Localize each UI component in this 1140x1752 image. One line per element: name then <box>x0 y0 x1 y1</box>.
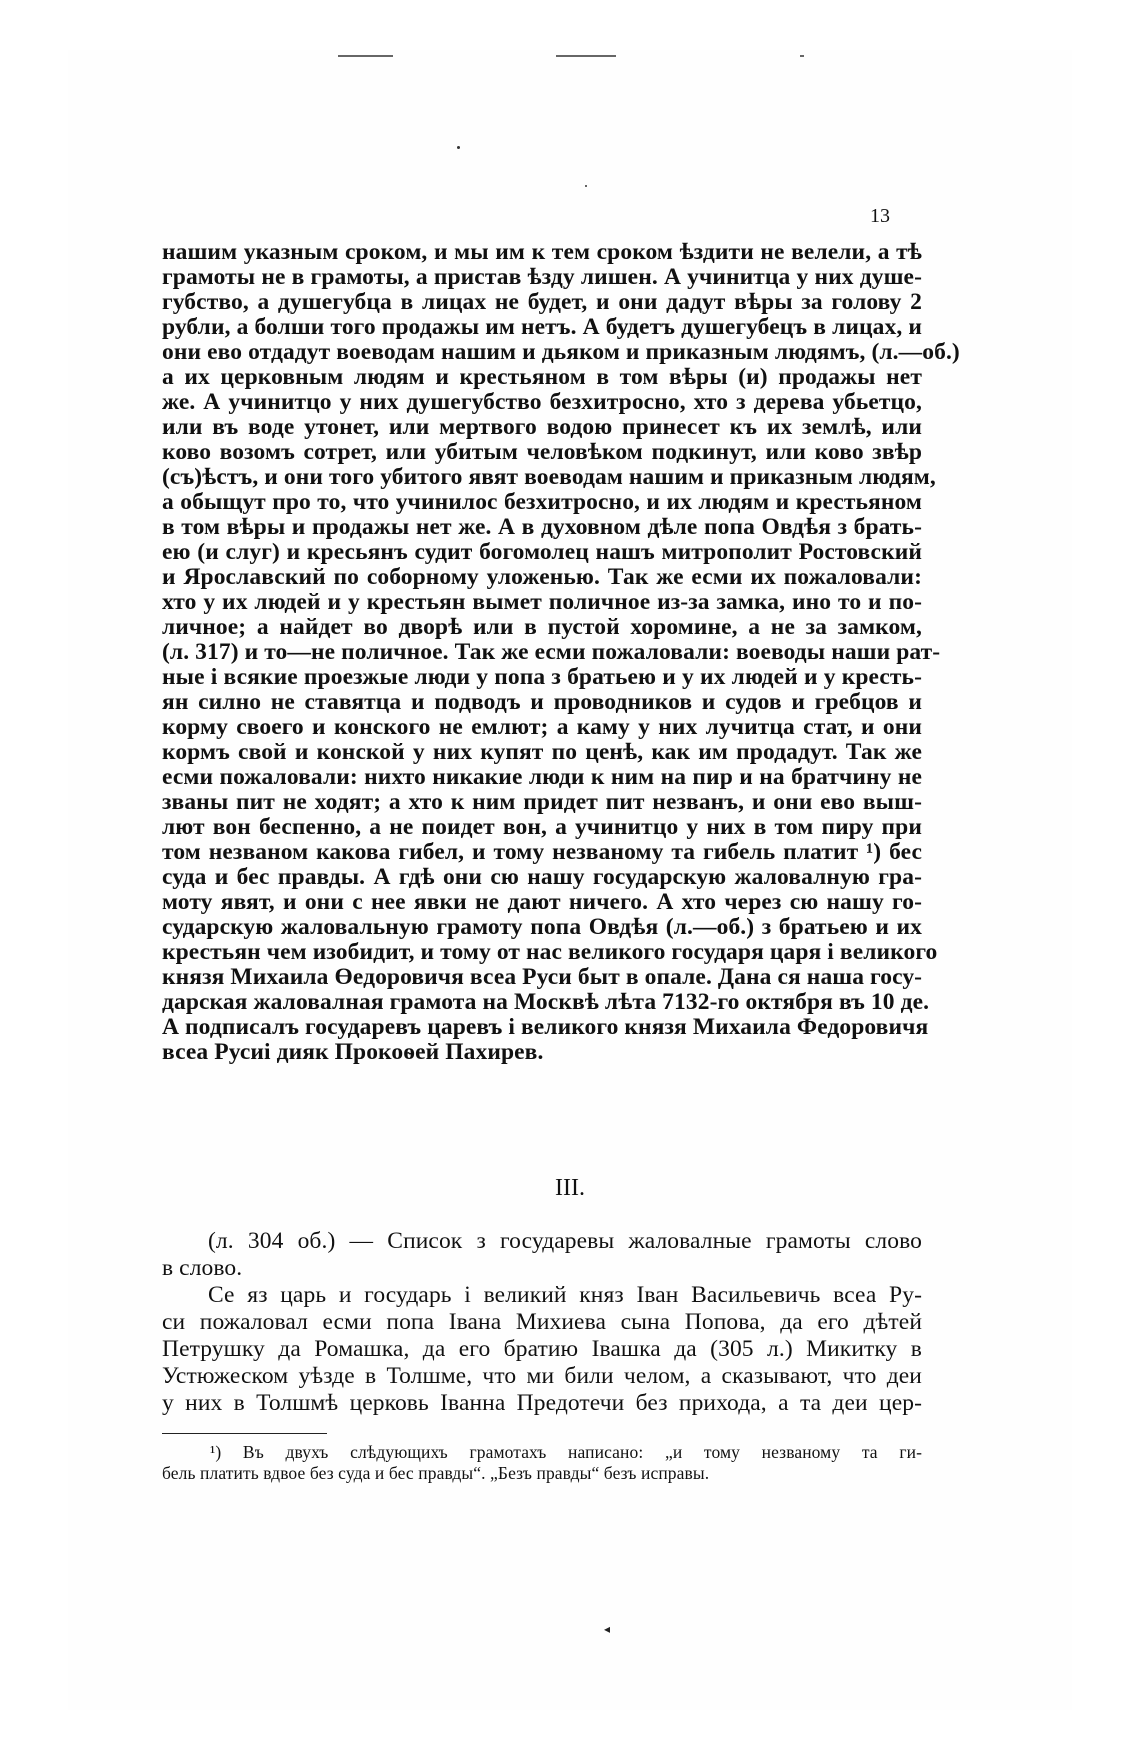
text-line: они ево отдадут воеводам нашим и дьяком … <box>162 340 922 365</box>
text-line: ею (и слуг) и кресьянъ судит богомолец н… <box>162 540 922 565</box>
text-line: в том вѣры и продажы нет же. А в духовно… <box>162 515 922 540</box>
text-line: ково возомъ сотрет, или убитым человѣком… <box>162 440 922 465</box>
text-line: суда и бес правды. А гдѣ они сю нашу гос… <box>162 865 922 890</box>
text-line: и Ярославский по соборному уложенью. Так… <box>162 565 922 590</box>
text-line: в слово. <box>162 1255 922 1282</box>
text-line: рубли, а болши того продажы им нетъ. А б… <box>162 315 922 340</box>
text-line: моту явят, и они с нее явки не дают ниче… <box>162 890 922 915</box>
page-number: 13 <box>870 205 890 228</box>
scan-mark-icon: ◂ <box>604 1622 610 1636</box>
text-line: личное; а найдет во дворѣ или в пустой х… <box>162 615 922 640</box>
text-line: Се яз царь и государь і великий княз Іва… <box>162 1282 922 1309</box>
text-line: ные і всякие проезжые люди у попа з брат… <box>162 665 922 690</box>
scan-speck <box>585 185 587 187</box>
text-line: нашим указным сроком, и мы им к тем срок… <box>162 240 922 265</box>
text-line: (съ)ѣстъ, и они того убитого явят воевод… <box>162 465 922 490</box>
text-line: лют вон беспенно, а не поидет вон, а учи… <box>162 815 922 840</box>
text-line: или въ воде утонет, или мертвого водою п… <box>162 415 922 440</box>
text-line: а их церковным людям и крестьяном в том … <box>162 365 922 390</box>
text-line: а обыщут про то, что учинилос безхитросн… <box>162 490 922 515</box>
text-line: крестьян чем изобидит, и тому от нас вел… <box>162 940 922 965</box>
text-line: си пожаловал есми попа Івана Михиева сын… <box>162 1309 922 1336</box>
text-line: Устюжеском уѣзде в Толшме, что ми били ч… <box>162 1363 922 1390</box>
scan-artifacts <box>0 55 1140 59</box>
text-line: (л. 317) и то—не поличное. Так же есми п… <box>162 640 922 665</box>
text-line: ян силно не ставятца и подводъ и проводн… <box>162 690 922 715</box>
text-line: хто у их людей и у крестьян вымет поличн… <box>162 590 922 615</box>
text-line: званы пит не ходят; а хто к ним придет п… <box>162 790 922 815</box>
text-line: сударскую жаловальную грамоту попа Овдѣя… <box>162 915 922 940</box>
text-line: всеа Русиі дияк Прокоѳей Пахирев. <box>162 1040 922 1065</box>
text-line: есми пожаловали: нихто никакие люди к ни… <box>162 765 922 790</box>
footnote-line: ¹) Въ двухъ слѣдующихъ грамотахъ написан… <box>162 1442 922 1463</box>
text-line: кормъ свой и конской у них купят по ценѣ… <box>162 740 922 765</box>
footnotes: ¹) Въ двухъ слѣдующихъ грамотахъ написан… <box>162 1442 922 1484</box>
text-line: том незваном какова гибел, и тому незван… <box>162 840 922 865</box>
footnote-divider <box>162 1433 327 1434</box>
footnote-line: бель платить вдвое без суда и бес правды… <box>162 1463 922 1484</box>
text-line: Петрушку да Ромашка, да его братию Івашк… <box>162 1336 922 1363</box>
text-line: грамоты не в грамоты, а пристав ѣзду лиш… <box>162 265 922 290</box>
text-line: дарская жаловалная грамота на Москвѣ лѣт… <box>162 990 922 1015</box>
text-line: корму своего и конского не емлют; а каму… <box>162 715 922 740</box>
text-line: губство, а душегубца в лицах не будет, и… <box>162 290 922 315</box>
section-heading: III. <box>0 1175 1140 1202</box>
scan-speck <box>457 146 460 149</box>
main-text: нашим указным сроком, и мы им к тем срок… <box>162 240 922 1065</box>
section-text: (л. 304 об.) — Список з государевы жалов… <box>162 1228 922 1417</box>
text-line: А подписалъ государевъ царевъ і великого… <box>162 1015 922 1040</box>
text-line: князя Михаила Өедоровичя всеа Руси быт в… <box>162 965 922 990</box>
text-line: же. А учинитцо у них душегубство безхитр… <box>162 390 922 415</box>
text-line: (л. 304 об.) — Список з государевы жалов… <box>162 1228 922 1255</box>
text-line: у них в Толшмѣ церковь Іванна Предотечи … <box>162 1390 922 1417</box>
